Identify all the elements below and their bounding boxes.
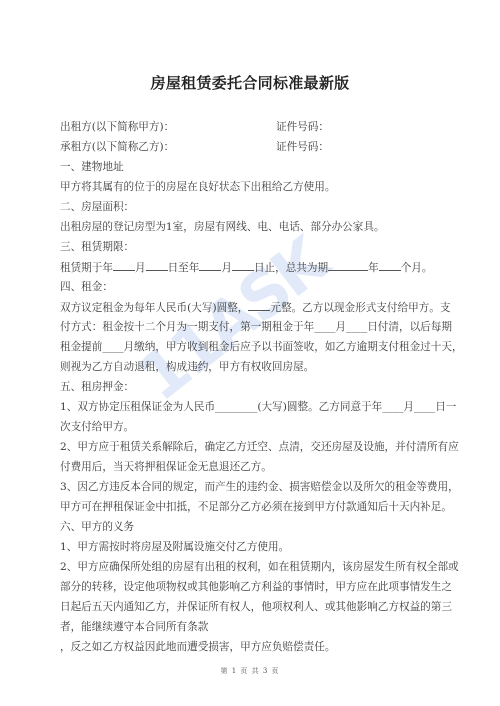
document-title: 房屋租赁委托合同标准最新版 xyxy=(0,72,500,93)
paragraph-line: 部分的转移，设定他项物权或其他影响乙方利益的事情时，甲方应在此项事情发生之 xyxy=(60,580,440,594)
page-number: 第 1 页 共 3 页 xyxy=(0,666,500,676)
paragraph-line: 出租房屋的登记房型为1室，房屋有网线、电、电话、部分办公家具。 xyxy=(60,220,440,234)
paragraph-line: 2、甲方应于租赁关系解除后，确定乙方迁空、点清，交还房屋及设施，并付清所有应 xyxy=(60,440,440,454)
lessee-label: 承租方(以下简称乙方)： xyxy=(60,141,174,153)
paragraph-line: 付方式：租金按十二个月为一期支付，第一期租金于年____月____日付清，以后每… xyxy=(60,320,440,334)
section-heading: 四、租金： xyxy=(60,280,440,294)
paragraph-line: 2、甲方应确保所处组的房屋有出租的权利，如在租赁期内，该房屋发生所有权全部或 xyxy=(60,560,440,574)
paragraph-line: ，反之如乙方权益因此地而遭受损害，甲方应负赔偿责任。 xyxy=(60,640,440,654)
paragraph-line: 1、双方协定压租保证金为人民币________(大写)圆整。乙方同意于年____… xyxy=(60,400,440,414)
paragraph-line: 次支付给甲方。 xyxy=(60,420,440,434)
section-heading: 六、甲方的义务 xyxy=(60,520,440,534)
paragraph-line: 3、因乙方违反本合同的规定，而产生的违约金、损害赔偿金以及所欠的租金等费用， xyxy=(60,480,440,494)
paragraph-line: 甲方可在押租保证金中扣抵，不足部分乙方必须在接到甲方付款通知后十天内补足。 xyxy=(60,500,440,514)
text-span: 双方议定租金为每年人民币(大写)圆整， xyxy=(60,302,248,314)
paragraph-line: 1、甲方需按时将房屋及附属设施交付乙方使用。 xyxy=(60,540,440,554)
lessee-id-label: 证件号码： xyxy=(276,140,329,154)
paragraph-line: 甲方将其属有的位于的房屋在良好状态下出租给乙方使用。 xyxy=(60,180,440,194)
text-span: 年 xyxy=(368,262,379,274)
lease-term-line: 租赁期于年月日至年月日止，总共为期年个月。 xyxy=(60,260,440,275)
lessor-id-label: 证件号码： xyxy=(276,120,329,134)
lessee-line: 承租方(以下简称乙方)： 证件号码： xyxy=(60,140,440,154)
paragraph-line: 租金提前____月缴纳，甲方收到租金后应予以书面签收，如乙方逾期支付租金过十天， xyxy=(60,340,440,354)
lessor-label: 出租方(以下简称甲方)： xyxy=(60,121,174,133)
text-span: 租赁期于年 xyxy=(60,262,113,274)
text-span: 月 xyxy=(221,262,232,274)
section-heading: 二、房屋面积： xyxy=(60,200,440,214)
blank-field xyxy=(328,260,368,271)
paragraph-line: 日起后五天内通知乙方，并保证所有权人，他项权利人、或其他影响乙方权益的第三 xyxy=(60,600,440,614)
blank-field xyxy=(113,260,135,271)
section-heading: 五、租房押金： xyxy=(60,380,440,394)
lessor-line: 出租方(以下简称甲方)： 证件号码： xyxy=(60,120,440,134)
paragraph-line: 则视为乙方自动退租，构成违约，甲方有权收回房屋。 xyxy=(60,360,440,374)
blank-field xyxy=(379,260,401,271)
text-span: 个月。 xyxy=(401,262,433,274)
text-span: 元整。乙方以现金形式支付给甲方。支 xyxy=(270,302,450,314)
paragraph-line: 付费用后，当天将押租保证金无息退还乙方。 xyxy=(60,460,440,474)
rent-line: 双方议定租金为每年人民币(大写)圆整，元整。乙方以现金形式支付给甲方。支 xyxy=(60,300,440,315)
paragraph-line: 者，能继续遵守本合同所有条款 xyxy=(60,620,440,634)
blank-field xyxy=(199,260,221,271)
text-span: 月 xyxy=(135,262,146,274)
text-span: 日至年 xyxy=(168,262,200,274)
section-heading: 三、租赁期限： xyxy=(60,240,440,254)
blank-field xyxy=(146,260,168,271)
document-page: 11ASK 房屋租赁委托合同标准最新版 出租方(以下简称甲方)： 证件号码： 承… xyxy=(0,0,500,706)
blank-field xyxy=(248,300,270,311)
text-span: 日止，总共为期 xyxy=(254,262,328,274)
blank-field xyxy=(232,260,254,271)
section-heading: 一、建物地址 xyxy=(60,160,440,174)
